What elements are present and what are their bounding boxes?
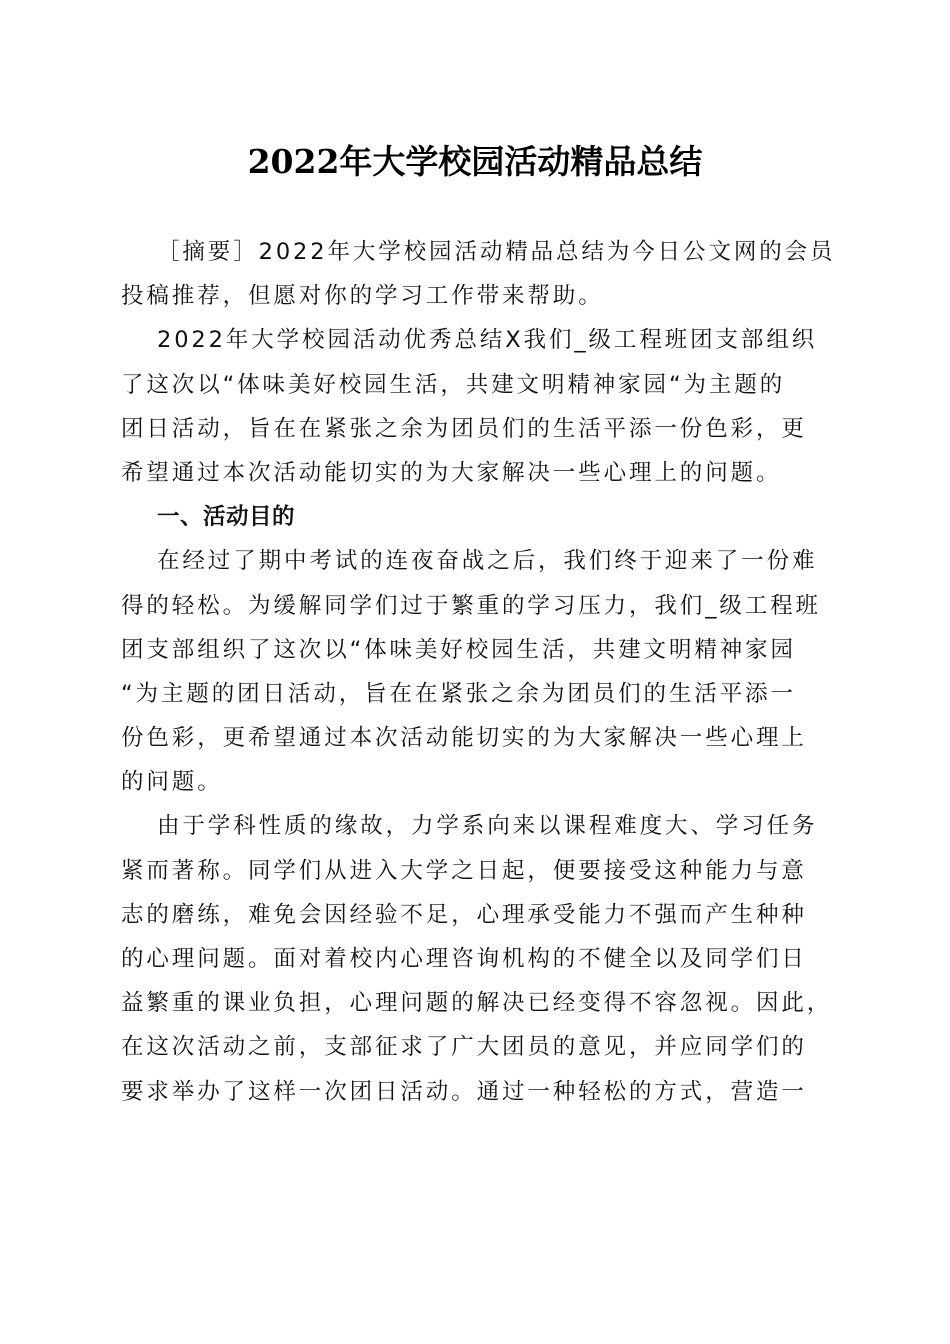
document-title: 2022年大学校园活动精品总结 xyxy=(0,138,950,186)
document-page: 2022年大学校园活动精品总结 ［摘要］2022年大学校园活动精品总结为今日公文… xyxy=(0,0,950,1344)
paragraph-line: 益繁重的课业负担，心理问题的解决已经变得不容忽视。因此， xyxy=(121,981,826,1025)
paragraph-line: 团支部组织了这次以“体味美好校园生活，共建文明精神家园 xyxy=(121,628,826,672)
paragraph-line: 志的磨练，难免会因经验不足，心理承受能力不强而产生种种 xyxy=(121,893,826,937)
paragraph-line: 的心理问题。面对着校内心理咨询机构的不健全以及同学们日 xyxy=(121,937,826,981)
paragraph-line: 在经过了期中考试的连夜奋战之后，我们终于迎来了一份难 xyxy=(121,539,826,583)
abstract-line: ［摘要］2022年大学校园活动精品总结为今日公文网的会员 xyxy=(121,230,826,274)
paragraph-line: 了这次以“体味美好校园生活，共建文明精神家园“为主题的 xyxy=(121,363,826,407)
paragraph-line: 2022年大学校园活动优秀总结X我们_级工程班团支部组织 xyxy=(121,318,826,362)
paragraph-line: 希望通过本次活动能切实的为大家解决一些心理上的问题。 xyxy=(121,451,826,495)
paragraph-line: “为主题的团日活动，旨在在紧张之余为团员们的生活平添一 xyxy=(121,672,826,716)
paragraph-line: 团日活动，旨在在紧张之余为团员们的生活平添一份色彩，更 xyxy=(121,407,826,451)
paragraph-line: 由于学科性质的缘故，力学系向来以课程难度大、学习任务 xyxy=(121,804,826,848)
section-heading: 一、活动目的 xyxy=(121,495,826,539)
paragraph-line: 得的轻松。为缓解同学们过于繁重的学习压力，我们_级工程班 xyxy=(121,584,826,628)
document-body: ［摘要］2022年大学校园活动精品总结为今日公文网的会员 投稿推荐，但愿对你的学… xyxy=(121,230,826,1114)
paragraph-line: 的问题。 xyxy=(121,760,826,804)
paragraph-line: 紧而著称。同学们从进入大学之日起，便要接受这种能力与意 xyxy=(121,849,826,893)
paragraph-line: 份色彩，更希望通过本次活动能切实的为大家解决一些心理上 xyxy=(121,716,826,760)
paragraph-line: 要求举办了这样一次团日活动。通过一种轻松的方式，营造一 xyxy=(121,1070,826,1114)
paragraph-line: 在这次活动之前，支部征求了广大团员的意见，并应同学们的 xyxy=(121,1025,826,1069)
abstract-line: 投稿推荐，但愿对你的学习工作带来帮助。 xyxy=(121,274,826,318)
